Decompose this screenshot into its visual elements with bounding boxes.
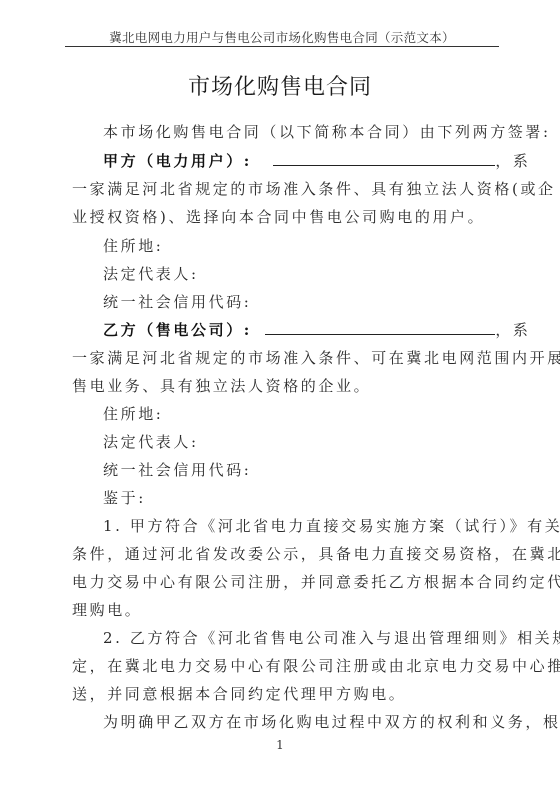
party-b-label: 乙方（售电公司）: [103,321,252,339]
clause-1-line: 条件，通过河北省发改委公示，具备电力直接交易资格，在冀北 [72,544,498,564]
party-b-legal-rep-label: 法定代表人: [103,432,498,452]
running-header: 冀北电网电力用户与售电公司市场化购售电合同（示范文本） [65,28,499,46]
clause-2-line: 定，在冀北电力交易中心有限公司注册或由北京电力交易中心推 [72,656,498,676]
party-b-suffix: ，系 [495,321,530,339]
party-b-desc-line: 售电业务、具有独立法人资格的企业。 [72,376,498,396]
clause-2-line: 2. 乙方符合《河北省售电公司准入与退出管理细则》相关规 [103,628,498,648]
party-a-desc-line: 业授权资格)、选择向本合同中售电公司购电的用户。 [72,207,498,227]
clause-1-line: 电力交易中心有限公司注册，并同意委托乙方根据本合同约定代 [72,572,498,592]
party-a-suffix: ，系 [495,152,530,170]
purpose-line: 为明确甲乙双方在市场化购电过程中双方的权利和义务，根 [103,712,498,732]
header-rule [65,46,499,47]
clause-1-line: 1. 甲方符合《河北省电力直接交易实施方案（试行）》有关 [103,516,498,536]
party-b-name-blank[interactable] [265,320,495,335]
party-b-desc-line: 一家满足河北省规定的市场准入条件、可在冀北电网范围内开展 [72,348,498,368]
page-number: 1 [0,738,560,752]
party-a-desc-line: 一家满足河北省规定的市场准入条件、具有独立法人资格(或企 [72,179,498,199]
party-b-credit-code-label: 统一社会信用代码: [103,460,498,480]
party-a-address-label: 住所地: [103,236,498,256]
party-b-line: 乙方（售电公司）: ，系 [103,320,498,340]
party-a-credit-code-label: 统一社会信用代码: [103,292,498,312]
party-b-address-label: 住所地: [103,404,498,424]
party-a-name-blank[interactable] [273,151,495,166]
clause-2-line: 送，并同意根据本合同约定代理甲方购电。 [72,684,498,704]
party-a-legal-rep-label: 法定代表人: [103,264,498,284]
clause-1-line: 理购电。 [72,600,498,620]
party-a-line: 甲方（电力用户）: ，系 [103,151,498,171]
preamble-line: 本市场化购售电合同（以下简称本合同）由下列两方签署: [103,122,498,142]
page-title: 市场化购售电合同 [0,70,560,101]
whereas-label: 鉴于: [103,488,498,508]
party-a-label: 甲方（电力用户）: [103,152,252,170]
